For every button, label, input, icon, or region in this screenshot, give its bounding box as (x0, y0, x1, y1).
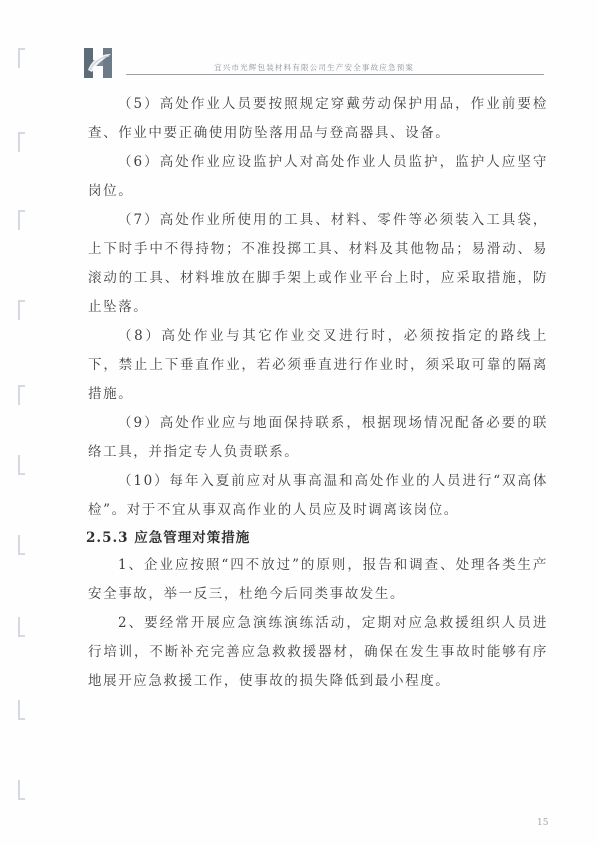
binding-mark (18, 210, 25, 230)
page-header: 宜兴市光辉包装材料有限公司生产安全事故应急预案 (84, 48, 544, 78)
binding-mark (18, 385, 25, 405)
binding-mark (18, 780, 25, 800)
binding-mark (18, 48, 25, 68)
binding-mark (18, 535, 25, 555)
header-divider (126, 74, 544, 75)
paragraph-item-8: （8）高处作业与其它作业交叉进行时，必须按指定的路线上下，禁止上下垂直作业，若必… (88, 322, 548, 409)
binding-mark (18, 700, 25, 720)
paragraph-item-6: （6）高处作业应设监护人对高处作业人员监护，监护人应坚守岗位。 (88, 148, 548, 206)
paragraph-item-10: （10）每年入夏前应对从事高温和高处作业的人员进行“双高体检”。对于不宜从事双高… (88, 467, 548, 525)
section-item-2: 2、要经常开展应急演练演练活动，定期对应急救援组织人员进行培训，不断补充完善应急… (88, 609, 548, 696)
binding-mark (18, 132, 25, 152)
binding-mark (18, 617, 25, 637)
page-number: 15 (537, 818, 548, 828)
company-logo-icon (84, 48, 112, 78)
section-item-1: 1、企业应按照“四不放过”的原则，报告和调查、处理各类生产安全事故，举一反三，杜… (88, 551, 548, 609)
paragraph-item-5: （5）高处作业人员要按照规定穿戴劳动保护用品，作业前要检查、作业中要正确使用防坠… (88, 90, 548, 148)
binding-mark (18, 300, 25, 320)
paragraph-item-9: （9）高处作业应与地面保持联系，根据现场情况配备必要的联络工具，并指定专人负责联… (88, 409, 548, 467)
section-heading: 2.5.3 应急管理对策措施 (86, 525, 548, 551)
document-page: 宜兴市光辉包装材料有限公司生产安全事故应急预案 （5）高处作业人员要按照规定穿戴… (0, 0, 598, 846)
document-header-title: 宜兴市光辉包装材料有限公司生产安全事故应急预案 (214, 62, 414, 73)
document-body: （5）高处作业人员要按照规定穿戴劳动保护用品，作业前要检查、作业中要正确使用防坠… (88, 90, 548, 696)
paragraph-item-7: （7）高处作业所使用的工具、材料、零件等必须装入工具袋，上下时手中不得持物；不准… (88, 206, 548, 322)
binding-mark (18, 455, 25, 475)
